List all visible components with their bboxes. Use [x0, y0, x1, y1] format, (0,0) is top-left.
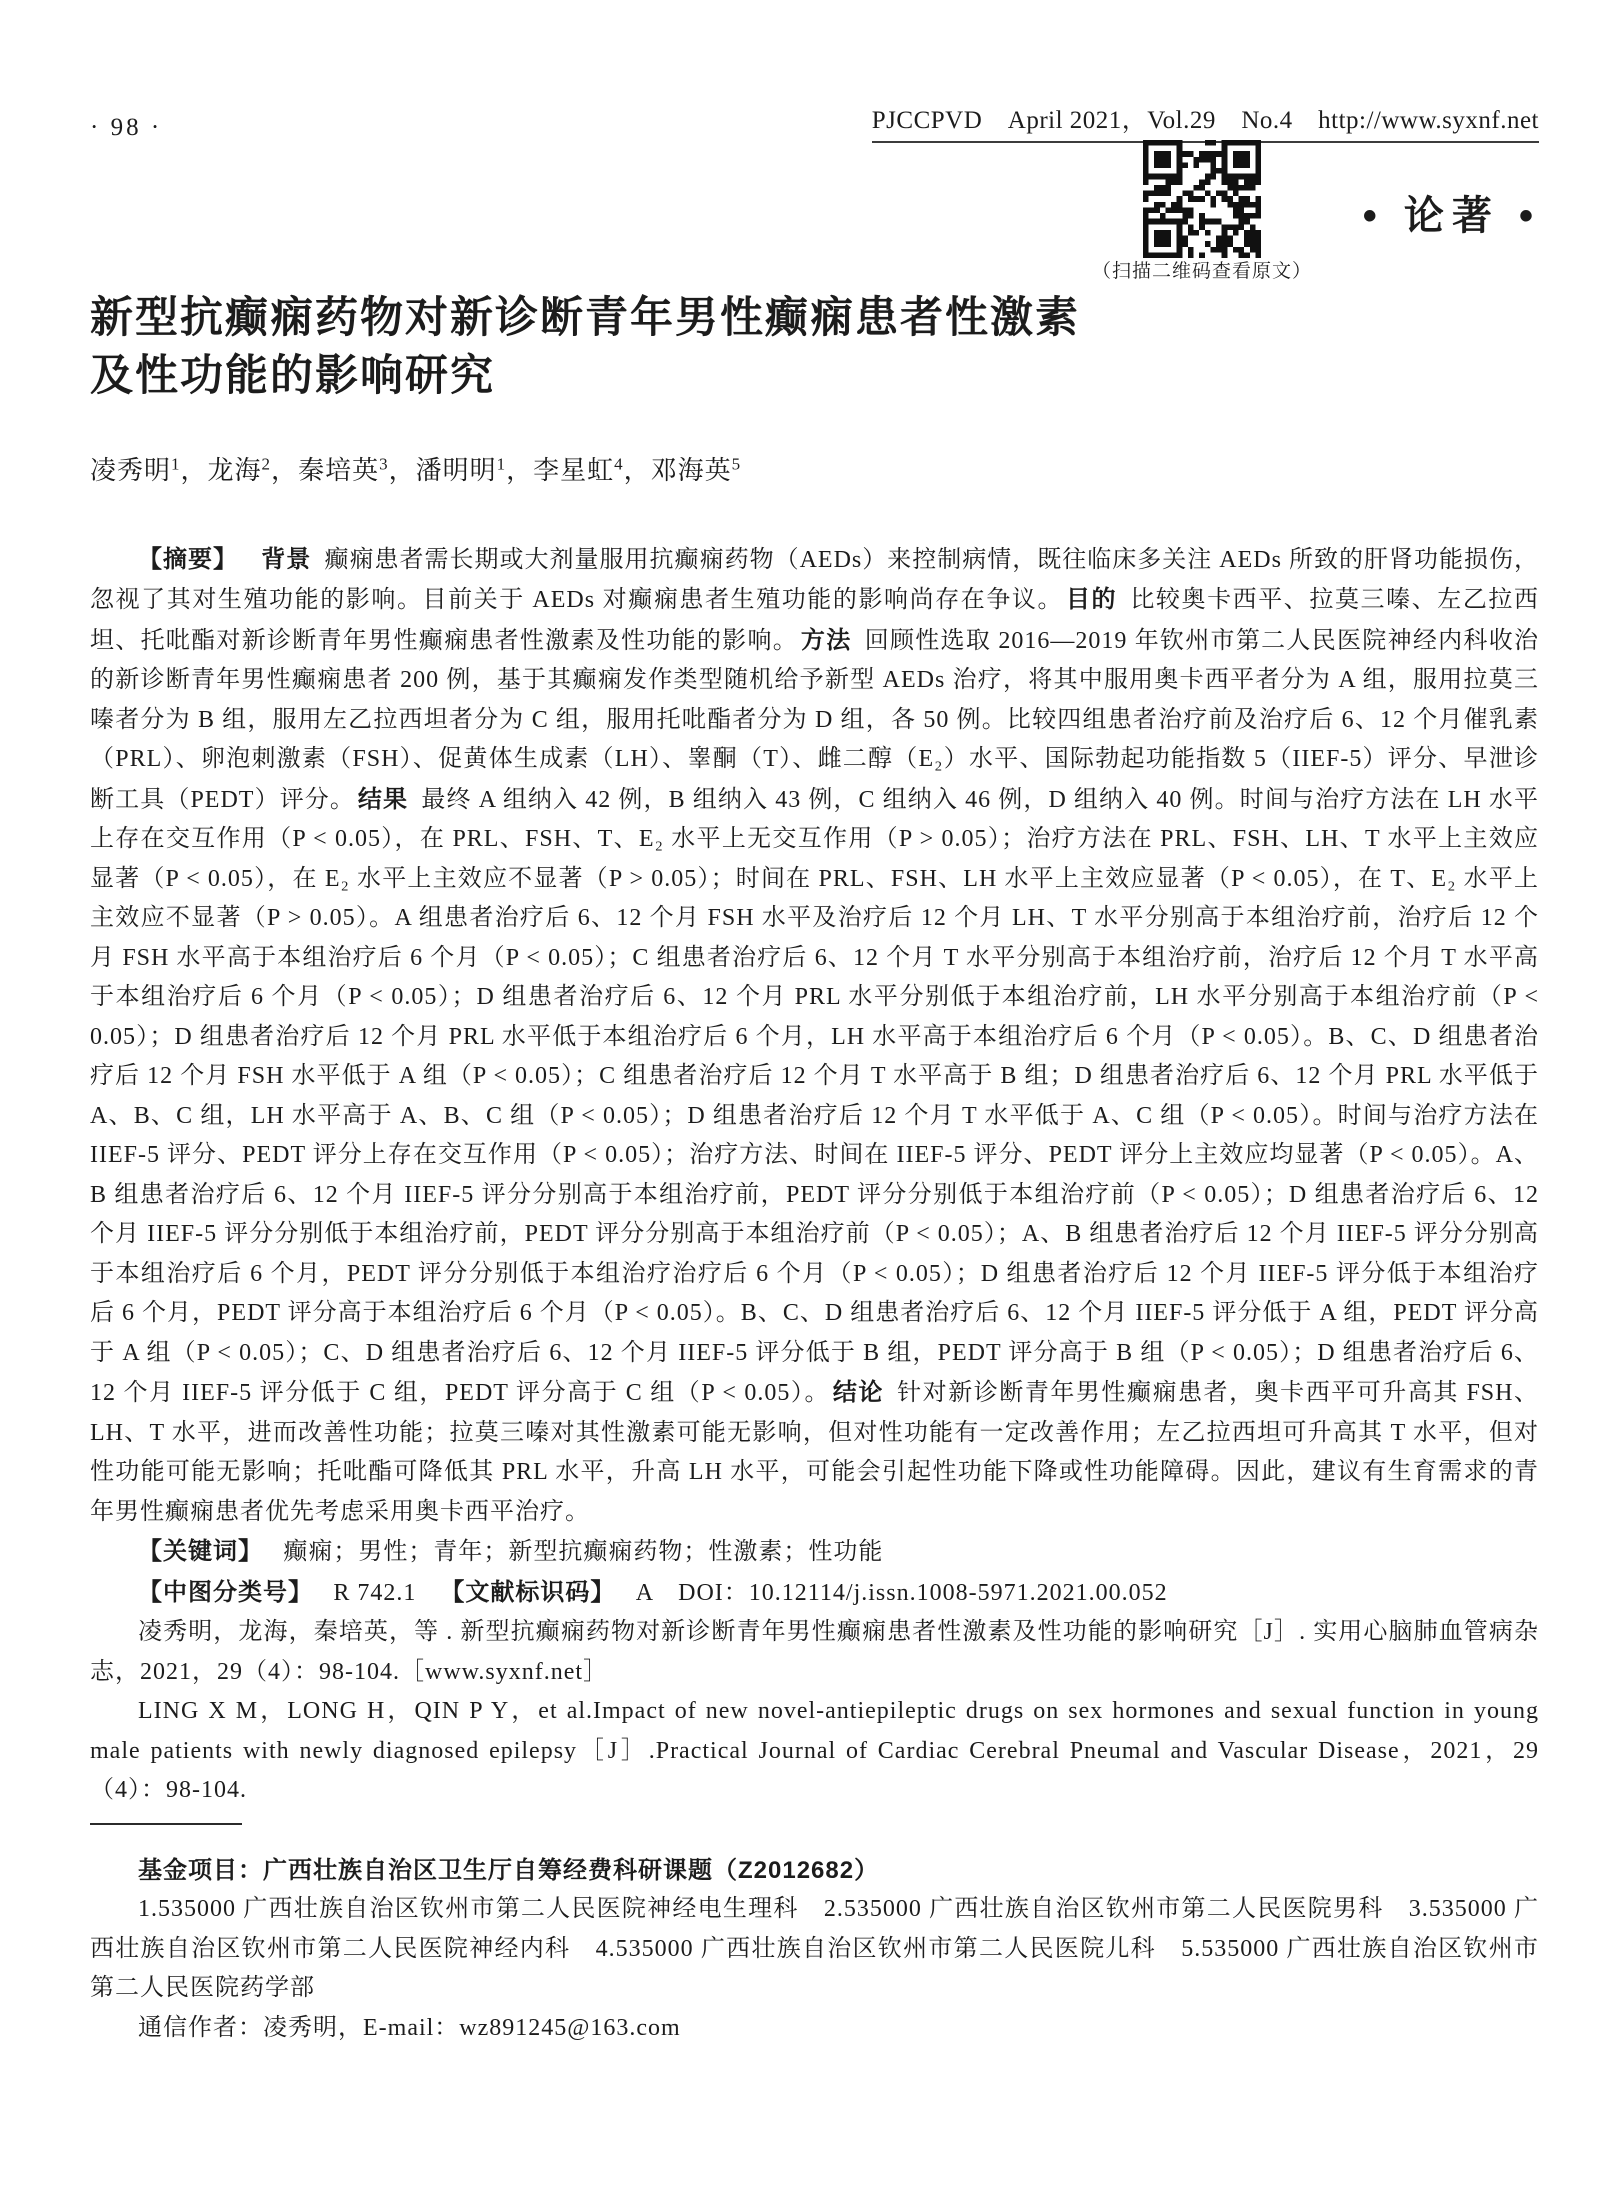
author-affiliation-sup: 3	[379, 454, 389, 473]
title-line-1: 新型抗癫痫药物对新诊断青年男性癫痫患者性激素	[90, 289, 1539, 347]
author: 李星虹4，	[533, 456, 651, 485]
citation-cn: 凌秀明，龙海，秦培英，等 . 新型抗癫痫药物对新诊断青年男性癫痫患者性激素及性功…	[90, 1613, 1539, 1692]
page: · 98 · PJCCPVD April 2021，Vol.29 No.4 ht…	[0, 0, 1611, 2048]
abstract-tag: 【摘要】	[138, 546, 238, 573]
qr-caption: （扫描二维码查看原文）	[1084, 260, 1320, 284]
doc-code-tag: 【文献标识码】	[440, 1579, 615, 1606]
abstract-results-text: 最终 A 组纳入 42 例，B 组纳入 43 例，C 组纳入 46 例，D 组纳…	[90, 787, 1539, 1407]
affiliations-note: 1.535000 广西壮族自治区钦州市第二人民医院神经电生理科 2.535000…	[90, 1890, 1539, 2009]
doc-code-value: A	[636, 1580, 654, 1606]
page-header: · 98 · PJCCPVD April 2021，Vol.29 No.4 ht…	[90, 106, 1539, 143]
abstract-section-label-results: 结果	[358, 786, 408, 813]
author-affiliation-sup: 4	[614, 454, 624, 473]
footnote-separator	[90, 1823, 242, 1825]
keywords-line: 【关键词】癫痫；男性；青年；新型抗癫痫药物；性激素；性功能	[90, 1532, 1539, 1573]
author-affiliation-sup: 1	[171, 454, 181, 473]
qr-block: （扫描二维码查看原文）	[1084, 140, 1320, 284]
author: 秦培英3，	[298, 456, 416, 485]
corresponding-author-note: 通信作者：凌秀明，E-mail：wz891245@163.com	[90, 2009, 1539, 2049]
citation-en: LING X M，LONG H，QIN P Y，et al.Impact of …	[90, 1692, 1539, 1811]
footnote-block: 基金项目：广西壮族自治区卫生厅自筹经费科研课题（Z2012682） 1.5350…	[90, 1851, 1539, 2049]
classification-line: 【中图分类号】R 742.1【文献标识码】ADOI：10.12114/j.iss…	[90, 1573, 1539, 1614]
article-type-badge: • 论著 •	[1363, 184, 1541, 241]
keywords-tag: 【关键词】	[138, 1538, 263, 1565]
author: 龙海2，	[208, 456, 299, 485]
author-affiliation-sup: 1	[497, 454, 507, 473]
doi-text: DOI：10.12114/j.issn.1008-5971.2021.00.05…	[678, 1580, 1167, 1606]
author-affiliation-sup: 5	[732, 454, 742, 473]
clc-tag: 【中图分类号】	[138, 1579, 313, 1606]
abstract-methods-text: 回顾性选取 2016—2019 年钦州市第二人民医院神经内科收治的新诊断青年男性…	[90, 628, 1539, 813]
qr-code-icon	[1143, 140, 1261, 258]
journal-info: PJCCPVD April 2021，Vol.29 No.4 http://ww…	[872, 106, 1539, 143]
author: 潘明明1，	[416, 456, 534, 485]
title-line-2: 及性功能的影响研究	[90, 347, 1539, 405]
clc-value: R 742.1	[333, 1580, 416, 1606]
abstract-section-label-objective: 目的	[1066, 586, 1117, 613]
abstract-section-label-conclusion: 结论	[833, 1379, 884, 1406]
author: 凌秀明1，	[90, 456, 208, 485]
fund-note: 基金项目：广西壮族自治区卫生厅自筹经费科研课题（Z2012682）	[90, 1851, 1539, 1891]
abstract-section-label-background: 背景	[261, 546, 311, 573]
abstract-section-label-methods: 方法	[801, 627, 852, 654]
author-affiliation-sup: 2	[262, 454, 272, 473]
page-number: · 98 ·	[90, 113, 162, 143]
article-title: 新型抗癫痫药物对新诊断青年男性癫痫患者性激素 及性功能的影响研究	[90, 289, 1539, 405]
abstract-paragraph: 【摘要】背景癫痫患者需长期或大剂量服用抗癫痫药物（AEDs）来控制病情，既往临床…	[90, 540, 1539, 1533]
keywords-text: 癫痫；男性；青年；新型抗癫痫药物；性激素；性功能	[283, 1539, 883, 1565]
author: 邓海英5	[651, 456, 742, 485]
author-list: 凌秀明1，龙海2，秦培英3，潘明明1，李星虹4，邓海英5	[90, 447, 1539, 488]
